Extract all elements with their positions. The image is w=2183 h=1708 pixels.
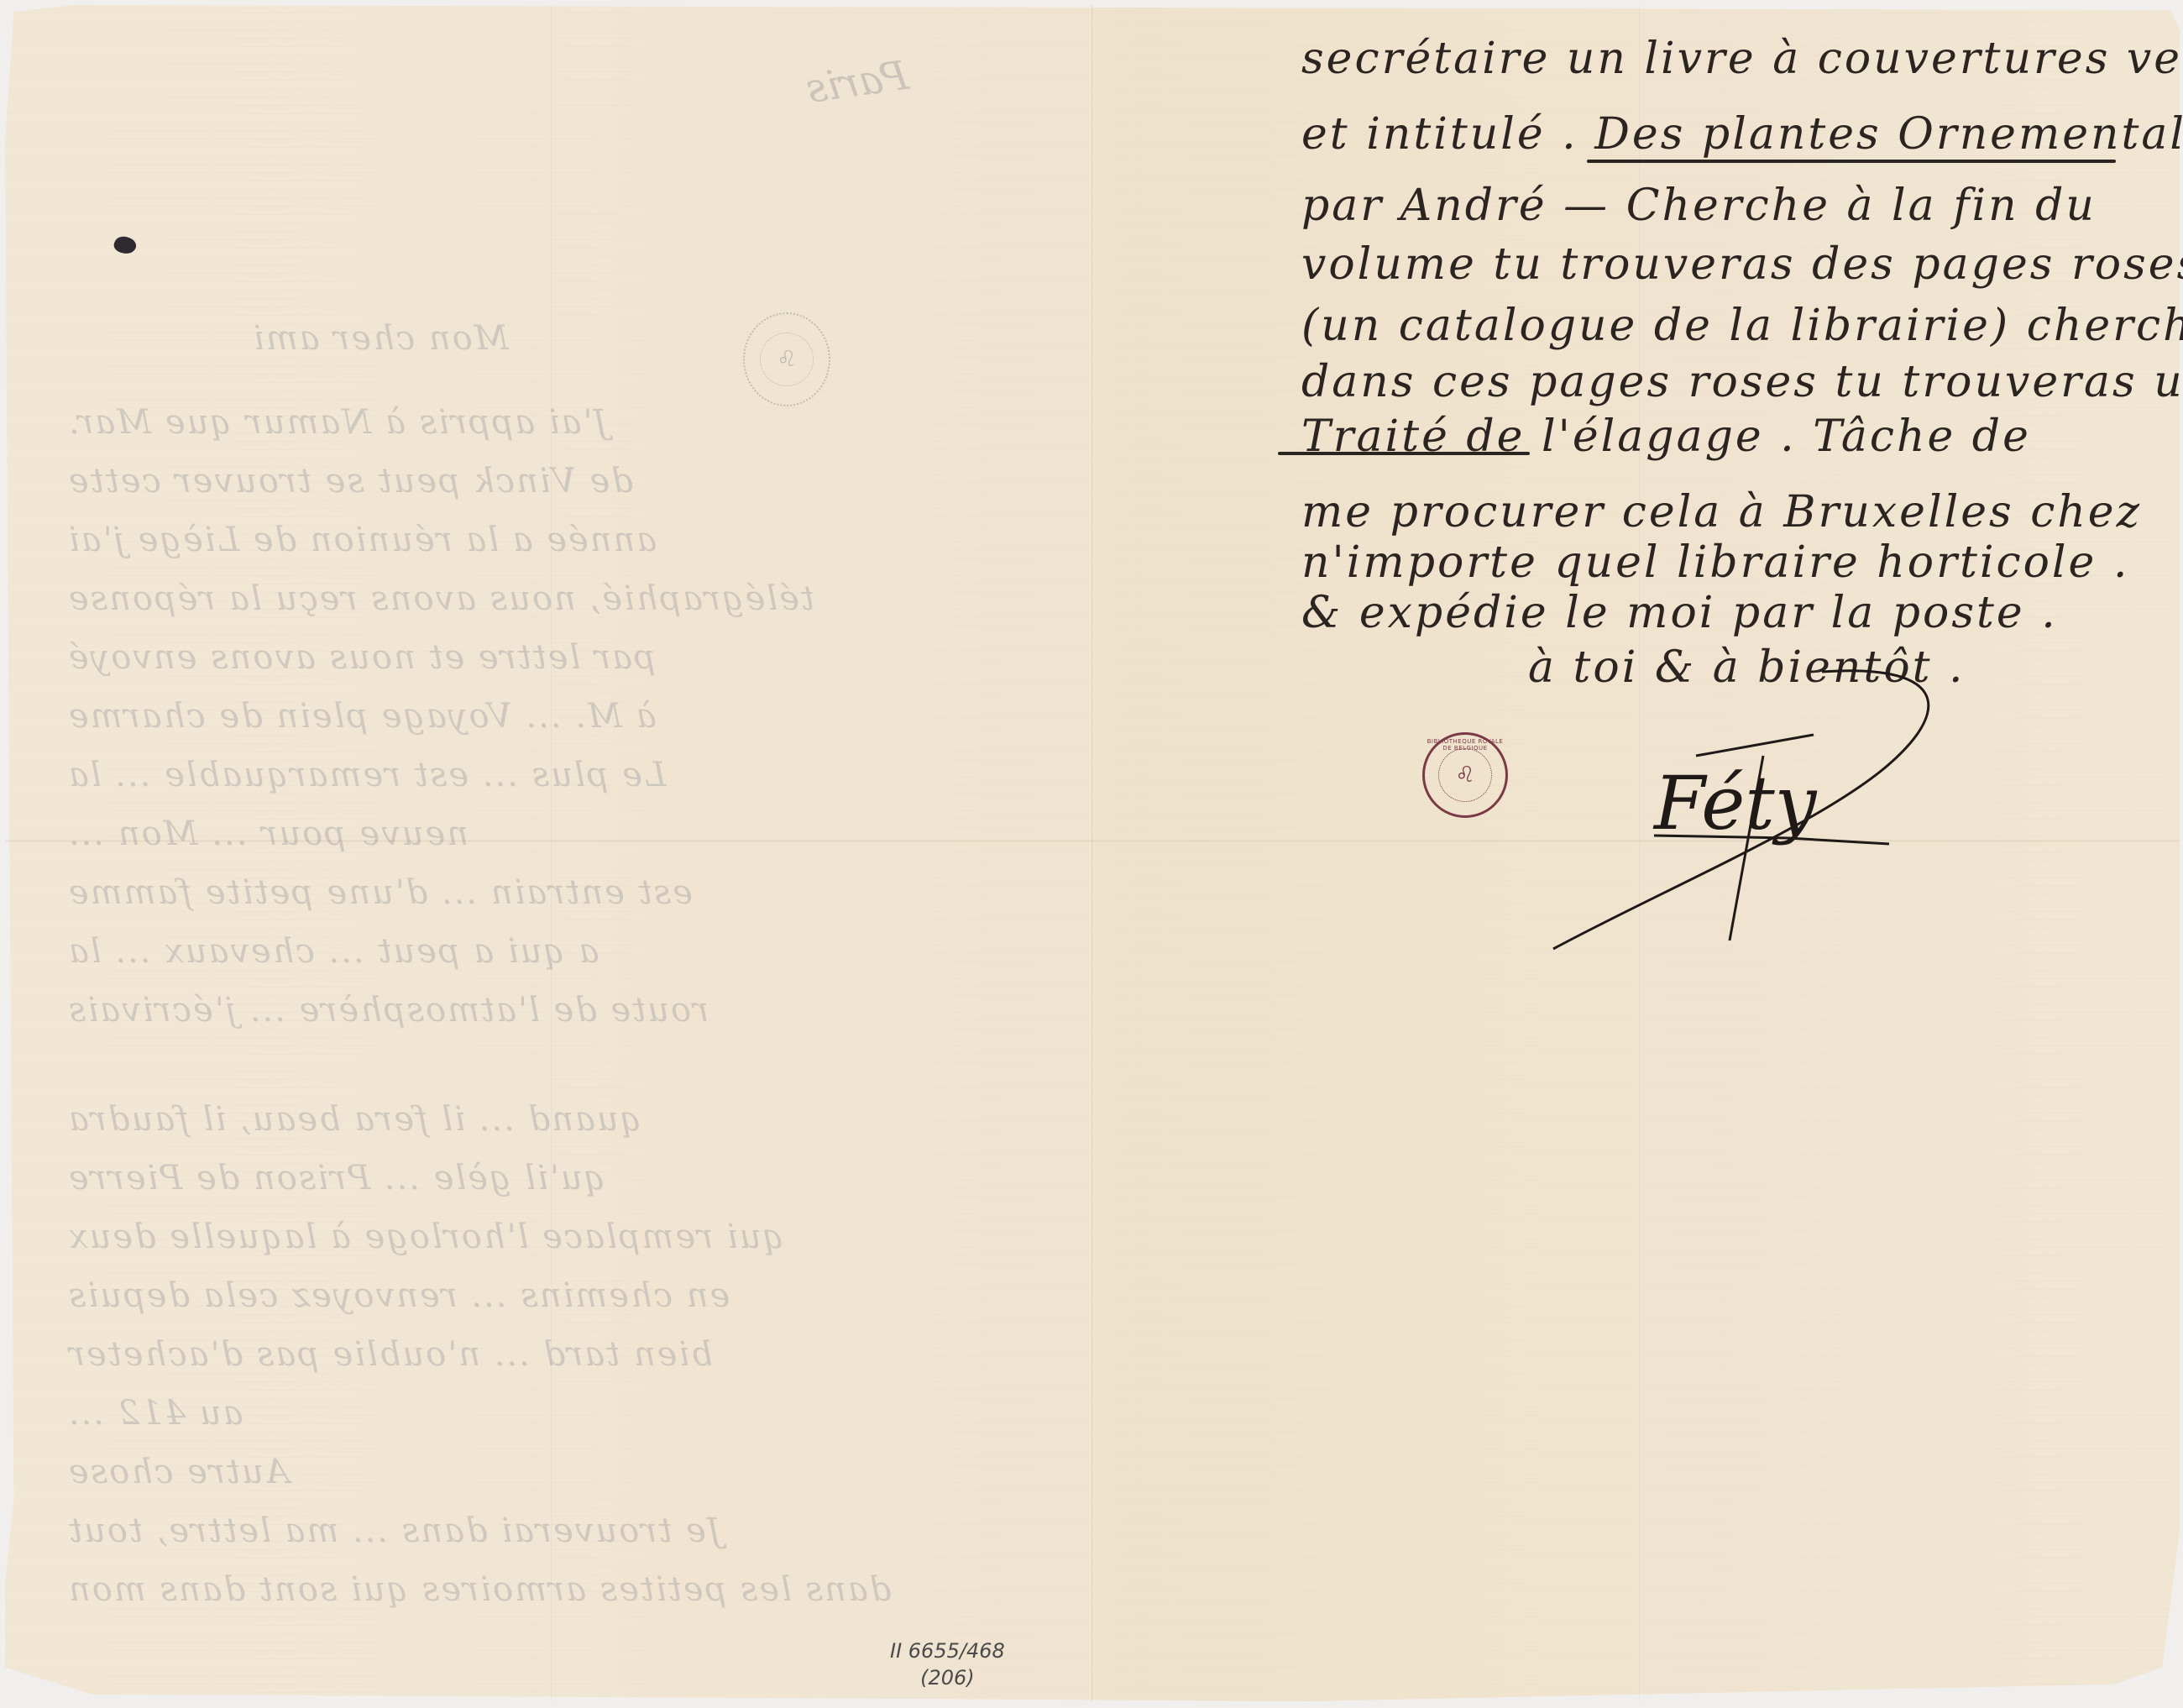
letter-line: (un catalogue de la librairie) cherche (1301, 301, 2183, 351)
archive-reference-subnumber: (206) (890, 1664, 1005, 1691)
bleed-line: en chemins ... renvoyez cela depuis (67, 1276, 730, 1315)
library-stamp: BIBLIOTHEQUE ROYALE DE BELGIQUE ♌ (1422, 732, 1508, 818)
archive-reference: II 6655/468 (206) (890, 1637, 1005, 1691)
letter-line: n'importe quel libraire horticole . (1301, 537, 2129, 588)
bleed-line: Le plus ... est remarquable ... la (67, 756, 666, 794)
title-underline (1587, 160, 2116, 163)
letter-line: me procurer cela à Bruxelles chez (1301, 487, 2142, 537)
signature-flourish (1536, 655, 1973, 957)
bleed-line: neuve pour ... Mon ... (67, 815, 469, 853)
letter-line: dans ces pages roses tu trouveras un (1301, 357, 2183, 407)
bleed-line: télégraphié, nous avons reçu la réponse (67, 579, 814, 618)
letter-line: volume tu trouveras des pages roses (1301, 239, 2183, 290)
bleed-line: de Vinck peut se trouver cette (67, 462, 633, 500)
archive-reference-number: II 6655/468 (890, 1637, 1005, 1664)
bleed-line: qui remplace l'horloge à laquelle deux (67, 1218, 784, 1256)
bleed-line: Mon cher ami (252, 319, 509, 358)
bleed-line: à M. ... Voyage plein de charme (67, 697, 657, 736)
letter-line: par André — Cherche à la fin du (1301, 181, 2097, 231)
ghost-library-stamp: ♌ (743, 312, 830, 406)
bleed-line: route de l'atmosphère ... j'écrivais (67, 991, 709, 1030)
bleed-line: par lettre et nous avons envoyé (67, 638, 656, 677)
bleed-line: Autre chose (67, 1453, 290, 1491)
bleed-line: est entrain ... d'une petite famme (67, 873, 693, 912)
letter-line: & expédie le moi par la poste . (1301, 588, 2058, 638)
bleed-line: qu'il gèle ... Prison de Pierre (67, 1159, 605, 1197)
lion-emblem-icon: ♌ (1438, 748, 1492, 802)
right-page: secrétaire un livre à couvertures vert p… (1091, 0, 2175, 1092)
ghost-stamp-emblem: ♌ (760, 333, 814, 386)
bleed-line: bien tard ... n'oublie pas d'acheter (67, 1335, 713, 1374)
scanned-letter: Paris Mon cher ami J'ai appris à Namur q… (0, 0, 2183, 1708)
left-page-bleedthrough: Mon cher ami J'ai appris à Namur que Mar… (34, 319, 1091, 1663)
bleed-line: dans les petites armoires qui sont dans … (67, 1570, 891, 1609)
letter-line: secrétaire un livre à couvertures vert p… (1301, 34, 2183, 84)
letter-line: et intitulé . Des plantes Ornementales (1301, 109, 2183, 160)
bleed-line: a qui a peut ... chevaux ... la (67, 932, 599, 971)
title-underline (1278, 452, 1530, 455)
bleed-line: année a la réunion de Liège j'ai (67, 521, 657, 559)
bleed-line: J'ai appris à Namur que Mar. (67, 403, 608, 442)
bleed-line: au 412 ... (67, 1394, 243, 1433)
bleed-line: Je trouverai dans ... ma lettre, tout (67, 1512, 721, 1550)
bleed-line: quand ... il fera beau, il faudra (67, 1100, 641, 1139)
